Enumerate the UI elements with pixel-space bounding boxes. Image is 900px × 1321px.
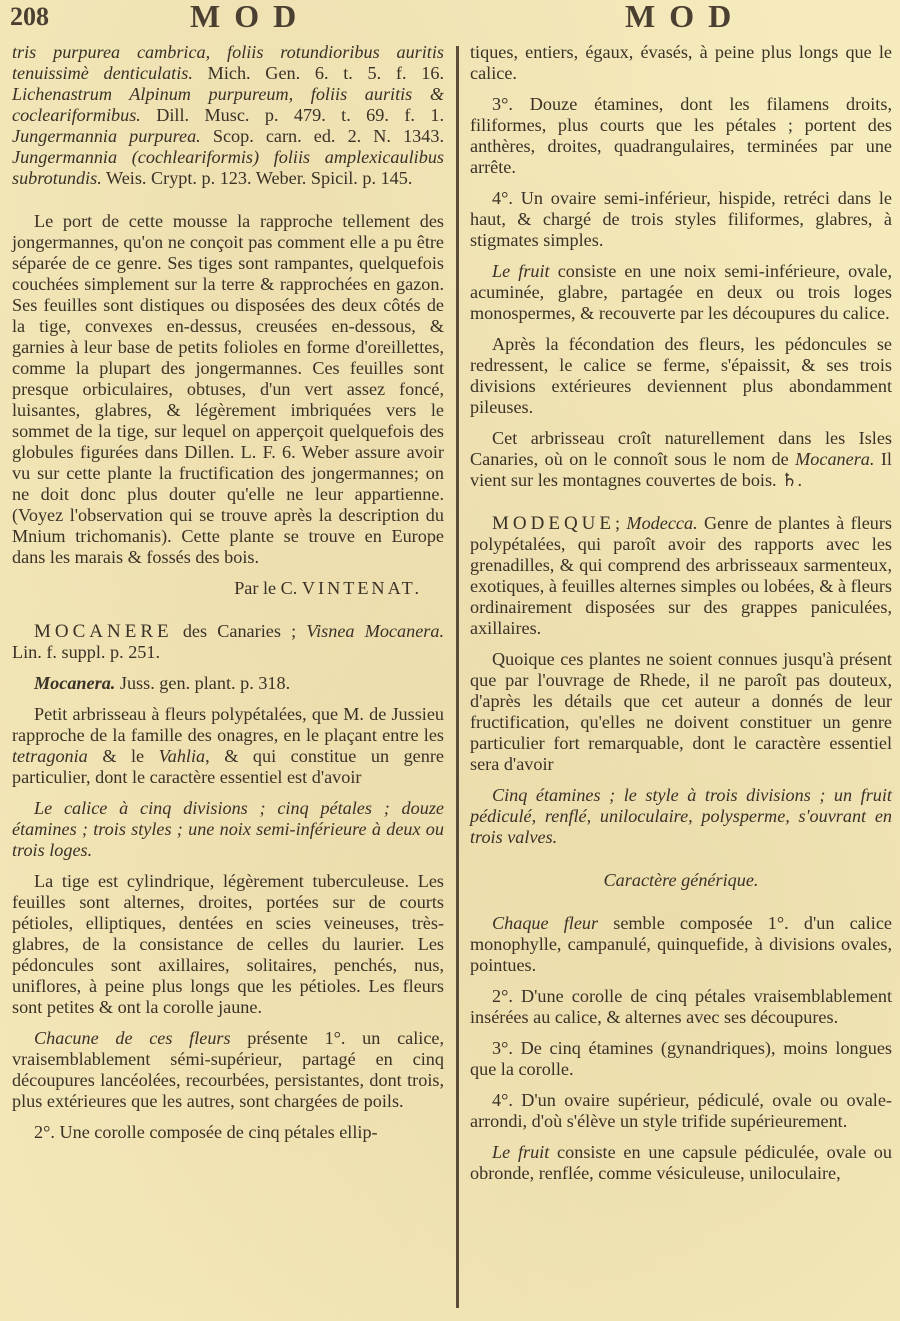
body-paragraph: 4°. D'un ovaire supérieur, pédiculé, ova… bbox=[470, 1090, 892, 1132]
body-paragraph: La tige est cylindrique, légèrement tube… bbox=[12, 871, 444, 1018]
entry-text: des Canaries ; bbox=[173, 621, 307, 641]
lead-phrase: Le fruit bbox=[492, 1142, 549, 1162]
essential-character: Cinq étamines ; le style à trois divisio… bbox=[470, 785, 892, 848]
headword: MOCANERE bbox=[34, 621, 173, 642]
body-paragraph: Le fruit consiste en une noix semi-infér… bbox=[470, 261, 892, 324]
body-paragraph: Chacune de ces fleurs présente 1°. un ca… bbox=[12, 1028, 444, 1112]
reference: Dill. Musc. p. 479. t. 69. f. 1. bbox=[141, 105, 444, 125]
text: ; bbox=[615, 513, 626, 533]
body-paragraph: Petit arbrisseau à fleurs polypétalées, … bbox=[12, 704, 444, 788]
body-paragraph: 4°. Un ovaire semi-inférieur, hispide, r… bbox=[470, 188, 892, 251]
body-paragraph: Cet arbrisseau croît naturellement dans … bbox=[470, 428, 892, 491]
lead-phrase: Le fruit bbox=[492, 261, 550, 281]
section-heading: Caractère générique. bbox=[470, 870, 892, 891]
reference: Mich. Gen. 6. t. 5. f. 16. bbox=[193, 63, 444, 83]
body-paragraph: 3°. De cinq étamines (gynandriques), moi… bbox=[470, 1038, 892, 1080]
latin-name: tetragonia bbox=[12, 746, 88, 766]
body-paragraph: 3°. Douze étamines, dont les filamens dr… bbox=[470, 94, 892, 178]
body-paragraph: Le fruit consiste en une capsule pédicul… bbox=[470, 1142, 892, 1184]
author-signature: Par le C. VINTENAT. bbox=[12, 578, 444, 599]
reference: Juss. gen. plant. p. 318. bbox=[115, 673, 290, 693]
text: & le bbox=[88, 746, 159, 766]
latin-name: Vahlia bbox=[159, 746, 205, 766]
latin-name: Mocanera. bbox=[795, 449, 874, 469]
body-paragraph: Le port de cette mousse la rapproche tel… bbox=[12, 211, 444, 568]
body-paragraph: Quoique ces plantes ne soient connues ju… bbox=[470, 649, 892, 775]
reference: Lin. f. suppl. p. 251. bbox=[12, 642, 160, 662]
page-number: 208 bbox=[10, 2, 49, 32]
latin-name: Modecca. bbox=[626, 513, 697, 533]
lead-phrase: Chaque fleur bbox=[492, 913, 598, 933]
latin-name: Jungermannia purpurea. bbox=[12, 126, 201, 146]
running-head-right: MOD bbox=[625, 0, 745, 35]
latin-name: Mocanera. bbox=[34, 673, 115, 693]
running-head-left: MOD bbox=[190, 0, 310, 35]
entry-heading-modeque: MODEQUE; Modecca. Genre de plantes à fle… bbox=[470, 513, 892, 639]
headword: MODEQUE bbox=[492, 513, 615, 534]
entry-heading-mocanere: MOCANERE des Canaries ; Visnea Mocanera.… bbox=[12, 621, 444, 663]
signature-name: VINTENAT. bbox=[302, 578, 422, 598]
body-paragraph: Chaque fleur semble composée 1°. d'un ca… bbox=[470, 913, 892, 976]
body-paragraph: 2°. D'une corolle de cinq pétales vraise… bbox=[470, 986, 892, 1028]
left-column: tris purpurea cambrica, foliis rotundior… bbox=[12, 42, 444, 1153]
body-paragraph: 2°. Une corolle composée de cinq pétales… bbox=[12, 1122, 444, 1143]
essential-character: Le calice à cinq divisions ; cinq pétale… bbox=[12, 798, 444, 861]
lead-phrase: Chacune de ces fleurs bbox=[34, 1028, 231, 1048]
citation-paragraph: tris purpurea cambrica, foliis rotundior… bbox=[12, 42, 444, 189]
body-paragraph: tiques, entiers, égaux, évasés, à peine … bbox=[470, 42, 892, 84]
column-divider bbox=[456, 46, 459, 1308]
page-header: 208 MOD MOD bbox=[0, 0, 900, 40]
reference: Weis. Crypt. p. 123. Weber. Spicil. p. 1… bbox=[102, 168, 413, 188]
right-column: tiques, entiers, égaux, évasés, à peine … bbox=[470, 42, 892, 1194]
reference: Scop. carn. ed. 2. N. 1343. bbox=[201, 126, 444, 146]
body-paragraph: Après la fécondation des fleurs, les péd… bbox=[470, 334, 892, 418]
text: Petit arbrisseau à fleurs polypétalées, … bbox=[12, 704, 444, 745]
synonym-reference: Mocanera. Juss. gen. plant. p. 318. bbox=[12, 673, 444, 694]
latin-name: Visnea Mocanera. bbox=[306, 621, 444, 641]
signature-prefix: Par le C. bbox=[234, 578, 302, 598]
